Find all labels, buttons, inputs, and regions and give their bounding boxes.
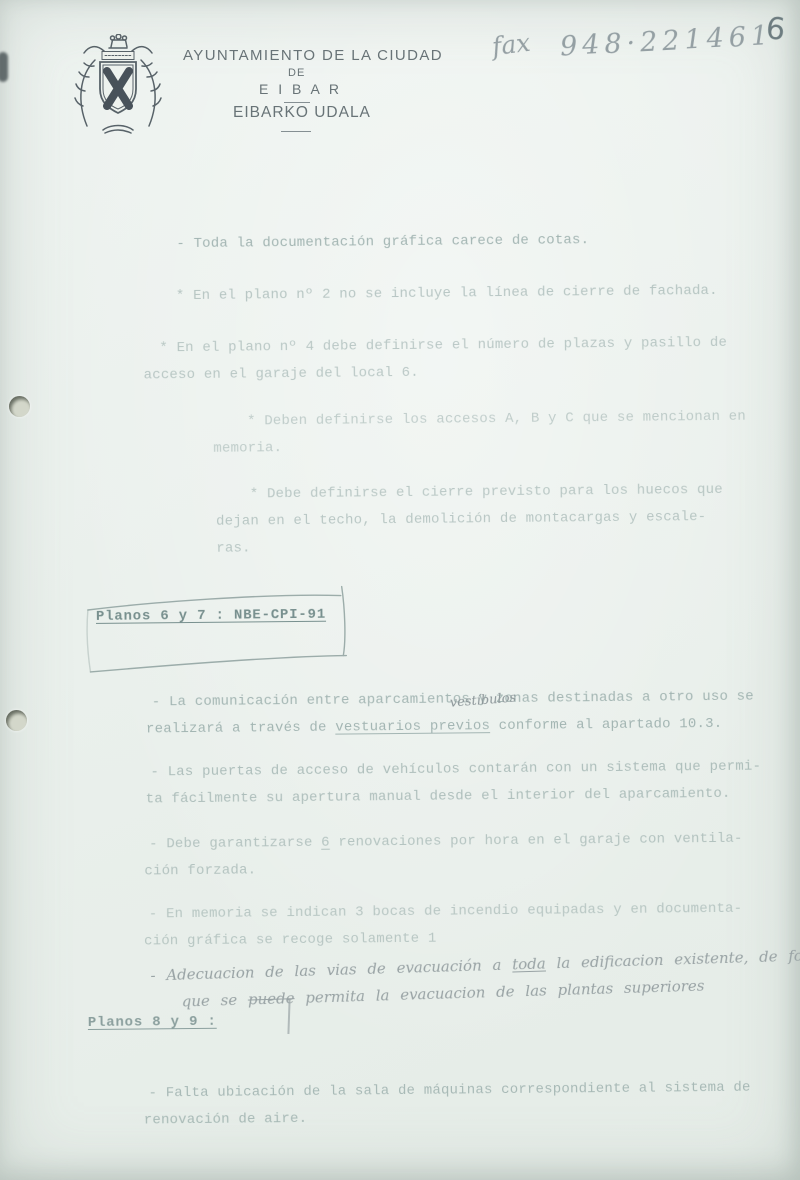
- paragraph-line: realizará a través de vestuarios previos…: [146, 716, 722, 738]
- note-segment: permita la evacuacion de las plantas sup…: [294, 977, 704, 1008]
- section-heading-planos-8-9: Planos 8 y 9 :: [88, 1014, 217, 1031]
- paragraph-line: * Debe definirse el cierre previsto para…: [250, 482, 723, 503]
- paragraph-line: * En el plano nº 2 no se incluye la líne…: [176, 283, 718, 304]
- line-segment: - Debe garantizarse: [149, 835, 321, 853]
- paragraph-line: * En el plano nº 4 debe definirse el núm…: [159, 335, 727, 356]
- scanned-document-page: AYUNTAMIENTO DE LA CIUDAD DE E I B A R E…: [0, 0, 800, 1180]
- paragraph-line: ción forzada.: [144, 862, 256, 879]
- paragraph-line: - Falta ubicación de la sala de máquinas…: [148, 1080, 750, 1102]
- section-heading-planos-6-7: Planos 6 y 7 : NBE-CPI-91: [96, 607, 326, 625]
- paragraph-line: * Deben definirse los accesos A, B y C q…: [247, 409, 746, 430]
- underlined-number: 6: [321, 835, 330, 851]
- paragraph-line: renovación de aire.: [144, 1111, 308, 1129]
- underlined-phrase: vestuarios previos: [335, 718, 490, 735]
- note-segment: la edificacion existente, de forma: [545, 946, 800, 973]
- paragraph-line: ras.: [216, 540, 251, 556]
- paragraph-line: acceso en el garaje del local 6.: [144, 365, 419, 384]
- line-segment: renovaciones por hora en el garaje con v…: [330, 831, 743, 851]
- document-body: - Toda la documentación gráfica carece d…: [0, 0, 800, 1180]
- paragraph-line: - Debe garantizarse 6 renovaciones por h…: [149, 831, 743, 853]
- hand-drawn-box: [78, 583, 363, 686]
- paragraph-line: ción gráfica se recoge solamente 1: [144, 931, 437, 950]
- underlined-word: toda: [512, 954, 546, 973]
- note-segment: que se: [181, 991, 248, 1011]
- paragraph-line: dejan en el techo, la demolición de mont…: [216, 509, 706, 530]
- paragraph-line: - En memoria se indican 3 bocas de incen…: [149, 901, 743, 923]
- paragraph-line: - Las puertas de acceso de vehículos con…: [150, 759, 761, 781]
- paragraph-line: - Toda la documentación gráfica carece d…: [176, 232, 589, 252]
- line-segment: conforme al apartado 10.3.: [490, 716, 722, 734]
- paragraph-line: memoria.: [213, 440, 282, 457]
- line-segment: realizará a través de: [146, 720, 335, 738]
- struck-word: puede: [248, 989, 295, 1008]
- paragraph-line: ta fácilmente su apertura manual desde e…: [146, 786, 731, 808]
- handwritten-note-line: que se puede permita la evacuacion de la…: [181, 977, 704, 1011]
- note-segment: - Adecuacion de las vias de evacuación a: [150, 956, 512, 985]
